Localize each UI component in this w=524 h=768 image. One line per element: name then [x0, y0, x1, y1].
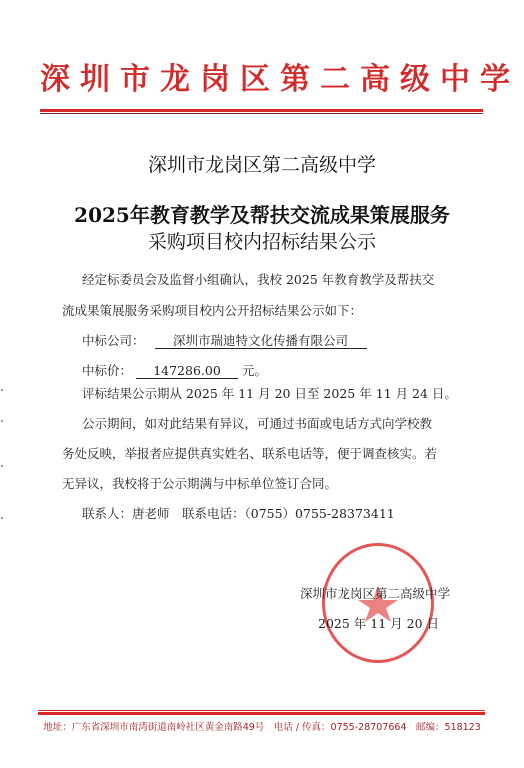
price-row: 中标价： 147286.00 元。	[82, 361, 267, 379]
winner-row: 中标公司： 深圳市瑞迪特文化传播有限公司	[82, 331, 367, 349]
footer-address: 地址：广东省深圳市南湾街道南岭社区黄金南路49号 电话 / 传真：0755-28…	[0, 719, 524, 733]
price-label: 中标价：	[82, 363, 132, 378]
footer-rule-thin	[38, 710, 485, 711]
objection-line2: 务处反映，举报者应提供真实姓名、联系电话等，便于调查核实。若	[62, 444, 437, 462]
signature-org: 深圳市龙岗区第二高级中学	[300, 584, 450, 602]
signature-date: 2025 年 11 月 20 日	[318, 614, 439, 632]
intro-line1: 经定标委员会及监督小组确认，我校 2025 年教育教学及帮扶交	[82, 270, 434, 288]
contact-info: 联系人：唐老师 联系电话：（0755）0755-28373411	[82, 504, 395, 522]
notice-title-line2: 采购项目校内招标结果公示	[0, 227, 524, 254]
winner-value: 深圳市瑞迪特文化传播有限公司	[155, 334, 367, 349]
scan-edge-mark	[1, 517, 3, 519]
seal-star-icon	[325, 546, 431, 660]
scan-edge-mark	[1, 420, 3, 422]
footer-rule-thick	[38, 712, 485, 715]
scan-edge-mark	[1, 465, 3, 467]
price-value: 147286.00	[136, 364, 238, 379]
price-unit: 元。	[242, 363, 267, 378]
objection-line3: 无异议，我校将于公示期满与中标单位签订合同。	[62, 474, 337, 492]
winner-label: 中标公司：	[82, 333, 145, 348]
notice-title-line1: 2025年教育教学及帮扶交流成果策展服务	[0, 199, 524, 228]
objection-line1: 公示期间，如对此结果有异议，可通过书面或电话方式向学校教	[82, 414, 432, 432]
letterhead-school-name: 深圳市龙岗区第二高级中学	[40, 60, 484, 100]
official-seal-stamp	[322, 543, 434, 663]
header-rule-thin	[40, 113, 483, 114]
publicity-period: 评标结果公示期从 2025 年 11 月 20 日至 2025 年 11 月 2…	[82, 384, 457, 402]
header-rule-thick	[40, 109, 483, 112]
scan-edge-mark	[1, 389, 3, 391]
intro-line2: 流成果策展服务采购项目校内公开招标结果公示如下：	[62, 301, 362, 319]
notice-org: 深圳市龙岗区第二高级中学	[0, 150, 524, 177]
